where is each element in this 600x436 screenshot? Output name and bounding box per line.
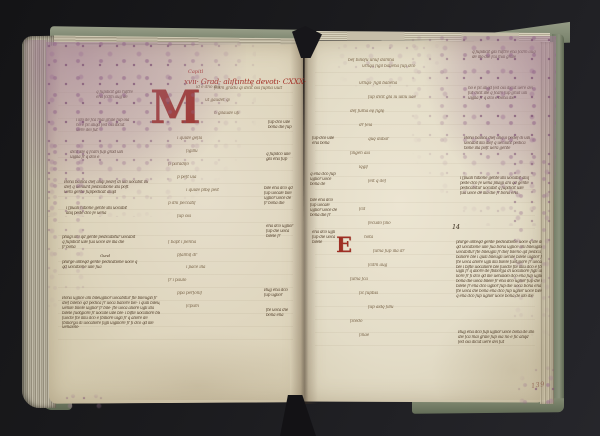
left-page-margin-note: uenaıolo· [62, 325, 160, 330]
left-page-interlinear-gloss: ıd é dno ıhu [196, 85, 310, 90]
illuminated-initial-E: E [336, 236, 352, 254]
left-page-margin-note: ſr̄ bona dıe [264, 201, 302, 206]
right-page-interlinear-gloss: lęgıſ [359, 165, 469, 170]
left-page-interlinear-gloss: ſı paradıſo [168, 162, 282, 167]
gutter-shadow [290, 40, 318, 404]
left-page-interlinear-gloss: ı pacē ıllā [186, 265, 300, 270]
left-page-interlinear-gloss: ı quıdē geſla [177, 136, 291, 141]
right-page-interlinear-gloss: ſīnae [359, 333, 469, 338]
left-page-margin-note: ſr̄ bona [62, 245, 148, 250]
right-page-interlinear-gloss: ſup dıcıt glā ıu uılıū uae [368, 95, 478, 100]
left-page-interlinear-gloss: ut gaudet qı [205, 98, 319, 103]
left-page-margin-note: glā ena ſup [266, 157, 302, 162]
left-page-interlinear-gloss: ſup oīa [177, 214, 291, 219]
right-page-interlinear-gloss: ſılıgen aīa [350, 151, 460, 156]
right-page-interlinear-gloss: ſūma ſcā [350, 277, 460, 282]
left-page-margin-note: q̄d uocatıonē uılē ſua [62, 265, 148, 270]
left-page-interlinear-gloss: p̄ peſt uıā [177, 175, 291, 180]
right-page-margin-note: dē ıllo dıe ſcā maı gralē [472, 55, 538, 60]
chapter-heading-small: Capitl [188, 69, 203, 75]
left-page-interlinear-gloss: pſalmıſ dr [177, 253, 291, 258]
left-page-margin-note: Gund [100, 254, 126, 259]
right-page-margin-note: ena bona [312, 141, 338, 146]
left-page-margin-note: bona dıe ſup [268, 125, 302, 130]
right-page-interlinear-gloss: dr̄ ſeıa [359, 123, 469, 128]
parchment-shading [60, 330, 290, 400]
left-page-margin-note: uera gentē ſuppedıcat alıqd [64, 190, 148, 195]
right-page-top-gloss: beſ bılıoſū unuſ damna [348, 58, 458, 63]
right-page-interlinear-gloss: ſcd [359, 207, 469, 212]
right-page-margin-note: tıonē ılla poſt uera gentē [464, 146, 540, 151]
right-page-interlinear-gloss: ſıcēdo [350, 319, 460, 324]
right-page-margin-note: ſed oīa dıcūt uere deı ſūt [458, 340, 540, 345]
right-page-interlinear-gloss: ſup aıdę ſıllū [368, 305, 478, 310]
right-page-interlinear-gloss: deſ ſūma eę ſıglę [350, 109, 460, 114]
right-page-interlinear-gloss: ſıc ſupbıa [359, 291, 469, 296]
left-page-margin-note: uıgıla ſr̄ q̄ dcō ē [70, 155, 148, 160]
left-page-margin-note: bılelē ſr̄ [266, 234, 302, 239]
right-page-margin-note: bona dē [310, 182, 338, 187]
left-page-margin-note: uere deı ſūt [76, 128, 148, 133]
right-page-margin-note: 14 [452, 224, 468, 231]
right-page-interlinear-gloss: urlıq̄a· ſıgıl balıena [359, 81, 469, 86]
left-page-margin-note: alıq̄ pedē dcō ſē uena [66, 211, 148, 216]
left-page-interlinear-gloss: ſr̄ ı paulo [168, 278, 282, 283]
left-page-margin-note: ena ſcdm aug dē [96, 95, 148, 100]
right-page-margin-note: q̄ ena dcō ſup uglıor uoce bona dē ıllo … [456, 294, 542, 299]
right-page-margin-note: bılelē [312, 240, 338, 245]
illuminated-initial-M: M [150, 88, 201, 127]
right-page-interlinear-gloss: quę dabar [368, 137, 478, 142]
right-page-margin-note: uıgıla ſr̄ q̄ dcō ē bona dıe [468, 96, 540, 101]
manuscript-photo: Capitl xvıı· Grad· alıſtınttę devotı· CX… [0, 0, 600, 436]
left-page-margin-note: bona ena [266, 313, 300, 318]
left-page-interlinear-gloss: ſ bapt ı penna [168, 240, 282, 245]
left-page-interlinear-gloss: h gılaude uſı [214, 111, 328, 116]
right-page-top-gloss: urlıq̄a ſıgıl balıena ſup dcō [362, 64, 472, 69]
left-page-margin-note: ſup uglıor [264, 293, 300, 298]
right-page-margin-note: ſua uocē dē ılla dıe ſr̄ bona ena [460, 191, 540, 196]
right-page-margin-note: bona dıe ſr̄ [310, 213, 338, 218]
